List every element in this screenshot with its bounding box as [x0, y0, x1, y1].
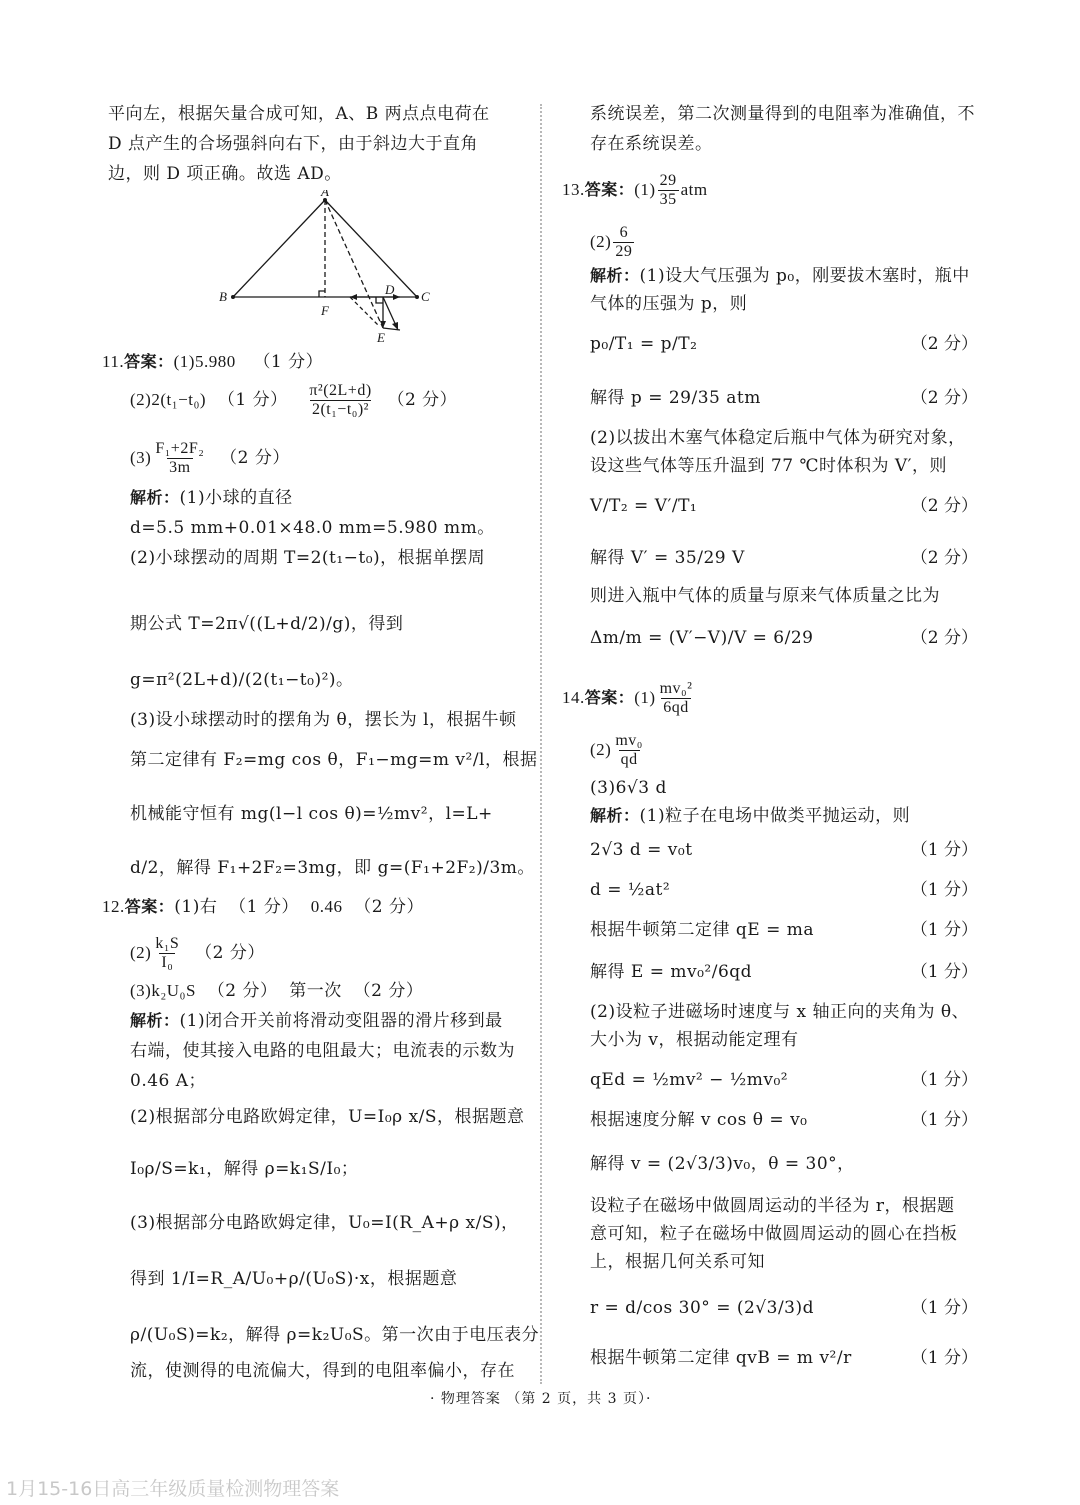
q14-part3-line: 意可知，粒子在磁场中做圆周运动的圆心在挡板	[590, 1222, 958, 1246]
q11-a2-line: (2)2(t₁−t₀) （1 分） π²(2L+d)2(t₁−t₀)² （2 分…	[130, 382, 457, 419]
answer-label: 答案：	[124, 352, 174, 371]
q14-eq: 2√3 d = v₀t	[590, 838, 693, 862]
q11-analysis-line: 期公式 T=2π√((L+d/2)/g)，得到	[130, 612, 403, 636]
score: （1 分）	[911, 918, 978, 942]
q12-analysis-line: 得到 1/I=R_A/U₀+ρ/(U₀S)·x，根据题意	[130, 1267, 457, 1291]
q11-a2: (2)2(t₁−t₀)	[130, 390, 206, 409]
q14-solve-v: 解得 v = (2√3/3)v₀，θ = 30°，	[590, 1152, 855, 1176]
label-c: C	[421, 289, 430, 304]
q14-answer-line: 14.答案：(1)mv₀²6qd	[562, 680, 696, 717]
q13-eq: 解得 p = 29/35 atm	[590, 386, 761, 410]
q14-part2-line: 大小为 v，根据动能定理有	[590, 1028, 799, 1052]
q14-eq: 解得 E = mv₀²/6qd	[590, 960, 752, 984]
q11-analysis-line: d/2，解得 F₁+2F₂=3mg，即 g=(F₁+2F₂)/3m。	[130, 856, 535, 880]
q14-a2-line: (2)mv₀qd	[590, 732, 647, 769]
q11-a2-score1: （1 分）	[218, 390, 288, 410]
field-vector-diagram: A B C D E F	[215, 190, 445, 350]
q11-a3-fraction: F₁+2F₂3m	[153, 440, 206, 477]
q11-analysis-line: 第二定律有 F₂=mg cos θ，F₁−mg=m v²/l，根据	[130, 748, 538, 772]
q10-tail-line: 边，则 D 项正确。故选 AD。	[108, 162, 342, 186]
q12-analysis-line: 解析：(1)闭合开关前将滑动变阻器的滑片移到最	[130, 1009, 503, 1033]
analysis-label: 解析：	[590, 806, 640, 825]
answer-label: 答案：	[585, 180, 635, 199]
score: （1 分）	[911, 1108, 978, 1132]
q13-part2-line: (2)以拔出木塞气体稳定后瓶中气体为研究对象，	[590, 426, 966, 450]
page-footer: · 物理答案 （第 2 页，共 3 页）·	[430, 1388, 651, 1408]
q11-a2-score2: （2 分）	[387, 390, 457, 410]
q13-answer-line: 13.答案：(1)2935atm	[562, 172, 708, 209]
q14-eq: r = d/cos 30° = (2√3/3)d	[590, 1296, 814, 1320]
analysis-label: 解析：	[130, 1011, 180, 1030]
q14-eq: 根据牛顿第二定律 qE = ma	[590, 918, 814, 942]
q13-part3-line: 则进入瓶中气体的质量与原来气体质量之比为	[590, 584, 940, 608]
q13-eq: 解得 V′ = 35/29 V	[590, 546, 745, 570]
q12-answer-line: 12.答案：(1)右 （1 分） 0.46 （2 分）	[102, 895, 424, 919]
q12-analysis-line: (2)根据部分电路欧姆定律，U=I₀ρ x/S，根据题意	[130, 1105, 525, 1129]
q12-tail-line: 系统误差，第二次测量得到的电阻率为准确值，不	[590, 102, 975, 126]
q12-a2-fraction: k₁SI₀	[153, 935, 181, 972]
analysis-label: 解析：	[130, 488, 180, 507]
analysis-label: 解析：	[590, 266, 640, 285]
q11-number: 11.	[102, 352, 124, 371]
score: （2 分）	[911, 332, 978, 356]
column-divider	[540, 104, 542, 1384]
q14-eq: qEd = ½mv² − ½mv₀²	[590, 1068, 788, 1092]
q14-a2-fraction: mv₀qd	[613, 732, 645, 769]
q13-number: 13.	[562, 180, 585, 199]
q11-analysis-line: (3)设小球摆动时的摆角为 θ，摆长为 l，根据牛顿	[130, 708, 517, 732]
score: （2 分）	[911, 546, 978, 570]
q12-analysis-line: 0.46 A；	[130, 1069, 206, 1093]
q14-number: 14.	[562, 688, 585, 707]
q13-analysis-line: 解析：(1)设大气压强为 p₀，刚要拔木塞时，瓶中	[590, 264, 970, 288]
q11-analysis-line: d=5.5 mm+0.01×48.0 mm=5.980 mm。	[130, 516, 495, 540]
q14-part3-line: 设粒子在磁场中做圆周运动的半径为 r，根据题	[590, 1194, 955, 1218]
q13-eq: p₀/T₁ = p/T₂	[590, 332, 697, 356]
q11-analysis-line: 机械能守恒有 mg(l−l cos θ)=½mv²，l=L+	[130, 802, 493, 826]
q13-analysis-line: 气体的压强为 p，则	[590, 292, 747, 316]
label-b: B	[219, 289, 227, 304]
q13-part2-line: 设这些气体等压升温到 77 ℃时体积为 V′，则	[590, 454, 947, 478]
q13-a2-line: (2)629	[590, 224, 636, 261]
q11-a1-score: （1 分）	[253, 352, 323, 372]
q12-analysis-line: I₀ρ/S=k₁，解得 ρ=k₁S/I₀；	[130, 1157, 358, 1181]
watermark: 1月15-16日高三年级质量检测物理答案	[6, 1474, 339, 1501]
q12-analysis-line: ρ/(U₀S)=k₂，解得 ρ=k₂U₀S。第一次由于电压表分	[130, 1323, 539, 1347]
answer-label: 答案：	[585, 688, 635, 707]
answer-label: 答案：	[125, 897, 175, 916]
q11-a3-line: (3)F₁+2F₂3m （2 分）	[130, 440, 290, 477]
score: （1 分）	[911, 1296, 978, 1320]
q10-tail-line: 平向左，根据矢量合成可知，A、B 两点点电荷在	[108, 102, 490, 126]
q13-a1-fraction: 2935	[658, 172, 679, 209]
q14-a3-line: (3)6√3 d	[590, 776, 667, 800]
q11-a3-score: （2 分）	[220, 448, 290, 468]
q11-a1: (1)5.980	[174, 352, 236, 371]
q12-tail-line: 存在系统误差。	[590, 132, 713, 156]
score: （2 分）	[911, 626, 978, 650]
q12-a3-line: (3)k₂U₀S （2 分） 第一次 （2 分）	[130, 979, 423, 1003]
q14-a1-fraction: mv₀²6qd	[658, 680, 695, 717]
q13-eq: Δm/m = (V′−V)/V = 6/29	[590, 626, 813, 650]
q12-analysis-line: (3)根据部分电路欧姆定律，U₀=I(R_A+ρ x/S)，	[130, 1211, 519, 1235]
q11-analysis-line: g=π²(2L+d)/(2(t₁−t₀)²)。	[130, 668, 354, 692]
q10-tail-line: D 点产生的合场强斜向右下，由于斜边大于直角	[108, 132, 478, 156]
score: （1 分）	[911, 1346, 978, 1370]
q11-a2-fraction: π²(2L+d)2(t₁−t₀)²	[307, 382, 373, 419]
label-d: D	[384, 282, 395, 297]
label-f: F	[320, 303, 330, 318]
q11-analysis-line: 解析：(1)小球的直径	[130, 486, 293, 510]
q14-part2-line: (2)设粒子进磁场时速度与 x 轴正向的夹角为 θ、	[590, 1000, 969, 1024]
score: （1 分）	[911, 878, 978, 902]
score: （1 分）	[911, 960, 978, 984]
q13-eq: V/T₂ = V′/T₁	[590, 494, 697, 518]
q12-analysis-line: 右端，使其接入电路的电阻最大；电流表的示数为	[130, 1039, 515, 1063]
score: （2 分）	[911, 386, 978, 410]
q13-a2-fraction: 629	[613, 224, 634, 261]
q12-number: 12.	[102, 897, 125, 916]
label-e: E	[376, 330, 385, 345]
q12-analysis-line: 流，使测得的电流偏大，得到的电阻率偏小，存在	[130, 1359, 515, 1383]
q11-analysis-line: (2)小球摆动的周期 T=2(t₁−t₀)，根据单摆周	[130, 546, 485, 570]
score: （1 分）	[911, 838, 978, 862]
label-a: A	[320, 190, 329, 199]
score: （1 分）	[911, 1068, 978, 1092]
q14-eq: 根据速度分解 v cos θ = v₀	[590, 1108, 808, 1132]
q14-part3-line: 上，根据几何关系可知	[590, 1250, 765, 1274]
q14-eq: 根据牛顿第二定律 qvB = m v²/r	[590, 1346, 852, 1370]
q14-analysis-line: 解析：(1)粒子在电场中做类平抛运动，则	[590, 804, 910, 828]
q11-answer-line: 11.答案：(1)5.980 （1 分）	[102, 350, 323, 374]
q12-a2-line: (2)k₁SI₀ （2 分）	[130, 935, 265, 972]
score: （2 分）	[911, 494, 978, 518]
q14-eq: d = ½at²	[590, 878, 670, 902]
